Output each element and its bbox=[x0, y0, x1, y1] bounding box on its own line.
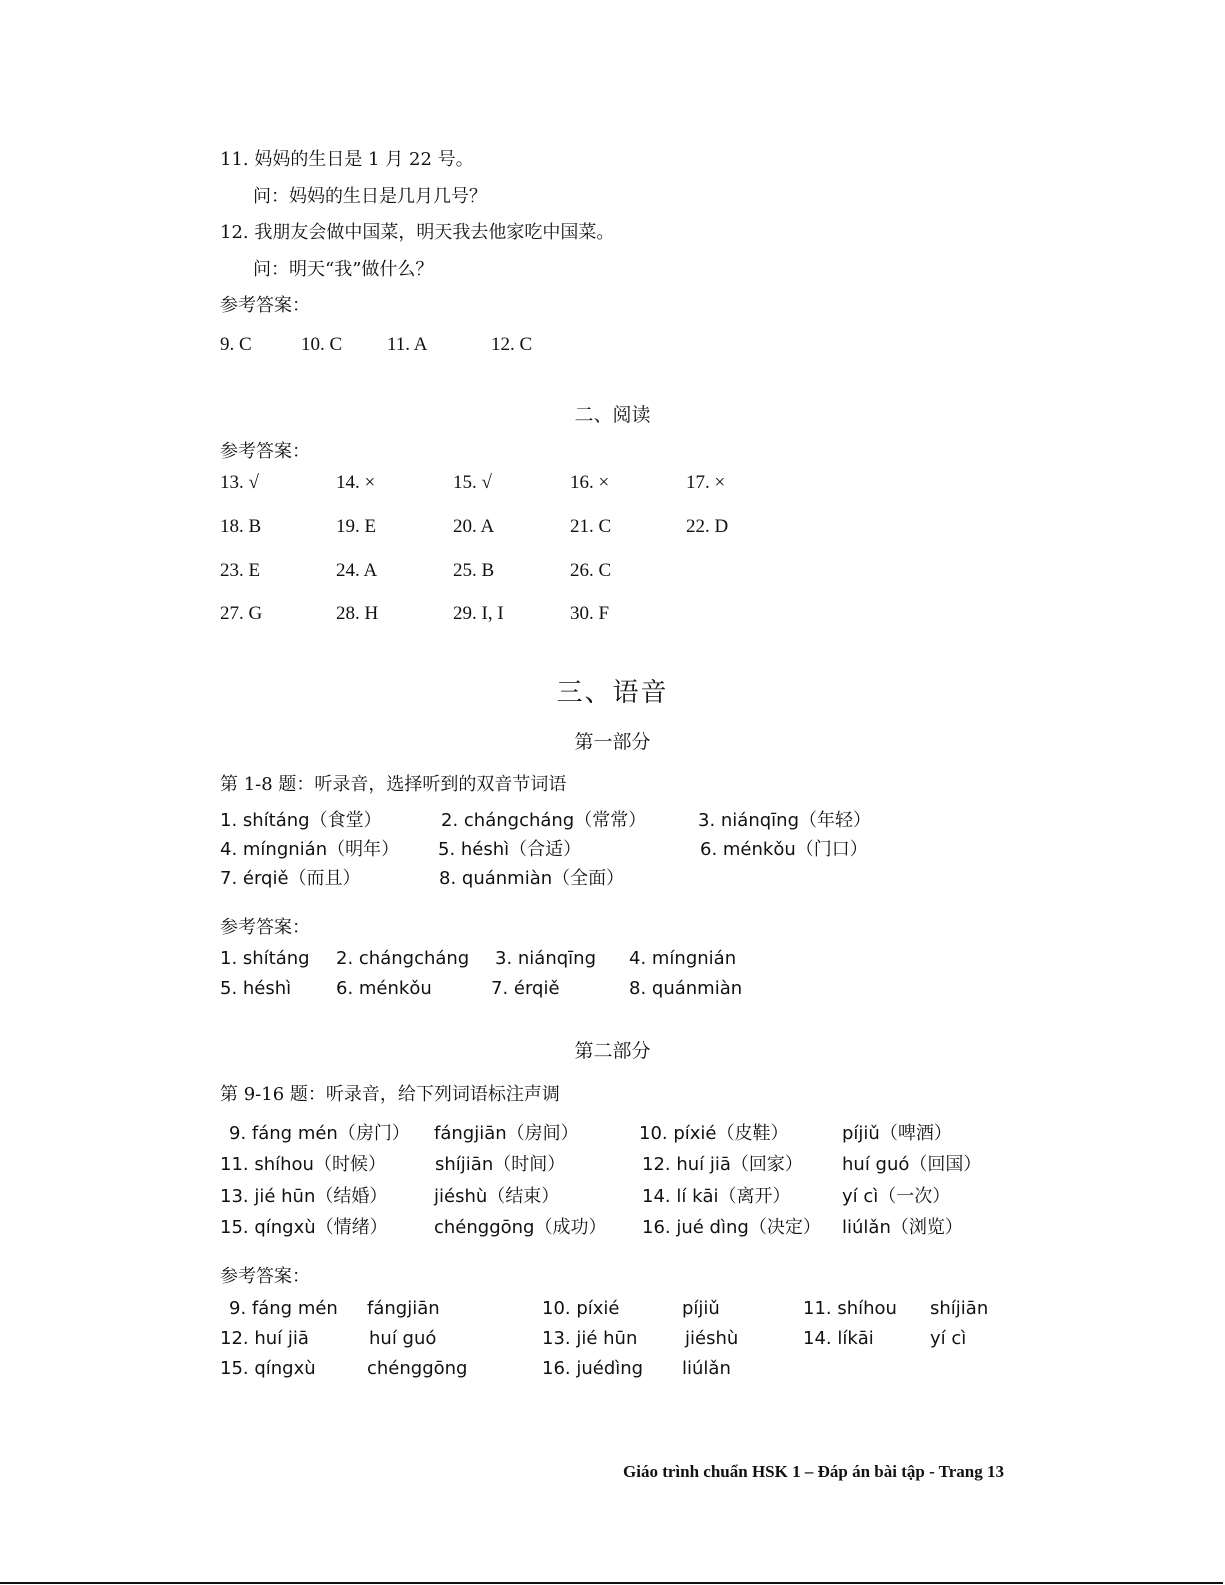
word-item: píjiǔ（啤酒） bbox=[842, 1119, 952, 1145]
answer-item: shíjiān bbox=[930, 1298, 988, 1319]
word-item: 13. jié hūn（结婚） bbox=[220, 1182, 387, 1208]
part2-instruction: 第 9-16 题：听录音，给下列词语标注声调 bbox=[220, 1080, 560, 1106]
answer-item: 15. √ bbox=[453, 472, 492, 494]
word-item: 1. shítáng（食堂） bbox=[220, 806, 382, 832]
section-title-phonetics: 三、语音 bbox=[0, 672, 1225, 709]
question-text: 妈妈的生日是 1 月 22 号。 bbox=[254, 149, 473, 170]
question-12: 12. 我朋友会做中国菜，明天我去他家吃中国菜。 bbox=[220, 218, 614, 244]
answer-item: 9. fáng mén bbox=[229, 1298, 338, 1319]
answer-item: 17. × bbox=[686, 472, 725, 494]
word-item: huí guó（回国） bbox=[842, 1150, 981, 1176]
answer-item: 13. √ bbox=[220, 472, 259, 494]
question-number: 12. bbox=[220, 222, 249, 243]
part-title-2: 第二部分 bbox=[0, 1036, 1225, 1063]
answer-label: 参考答案： bbox=[220, 913, 310, 939]
word-item: yí cì（一次） bbox=[842, 1182, 950, 1208]
answer-item: 16. juédìng bbox=[542, 1358, 643, 1379]
answer-item: 22. D bbox=[686, 516, 728, 538]
word-item: 15. qíngxù（情绪） bbox=[220, 1213, 388, 1239]
answer-item: 25. B bbox=[453, 560, 494, 582]
part-title-1: 第一部分 bbox=[0, 727, 1225, 754]
question-text: 我朋友会做中国菜，明天我去他家吃中国菜。 bbox=[254, 222, 614, 243]
word-item: liúlǎn（浏览） bbox=[842, 1213, 963, 1239]
answer-item: 15. qíngxù bbox=[220, 1358, 316, 1379]
answer-item: 16. × bbox=[570, 472, 609, 494]
answer-item: 28. H bbox=[336, 603, 378, 625]
answer-item: 5. héshì bbox=[220, 978, 291, 999]
answer-item: 2. chángcháng bbox=[336, 948, 469, 969]
word-item: 11. shíhou（时候） bbox=[220, 1150, 386, 1176]
answer-item: 4. míngnián bbox=[629, 948, 736, 969]
answer-item: 11. shíhou bbox=[803, 1298, 897, 1319]
question-number: 11. bbox=[220, 149, 249, 170]
word-item: 12. huí jiā（回家） bbox=[642, 1150, 803, 1176]
question-11: 11. 妈妈的生日是 1 月 22 号。 bbox=[220, 145, 474, 171]
answer-item: 26. C bbox=[570, 560, 611, 582]
answer-item: 24. A bbox=[336, 560, 377, 582]
answer-item: 11. A bbox=[387, 334, 427, 356]
answer-label: 参考答案： bbox=[220, 437, 310, 463]
question-12-ask: 问：明天“我”做什么？ bbox=[253, 255, 433, 281]
word-item: jiéshù（结束） bbox=[434, 1182, 559, 1208]
word-item: 5. héshì（合适） bbox=[438, 835, 581, 861]
part1-instruction: 第 1-8 题：听录音，选择听到的双音节词语 bbox=[220, 770, 566, 796]
answer-item: 14. × bbox=[336, 472, 375, 494]
answer-item: 12. C bbox=[491, 334, 532, 356]
answer-item: huí guó bbox=[369, 1328, 436, 1349]
answer-item: 10. píxié bbox=[542, 1298, 620, 1319]
section-title-reading: 二、阅读 bbox=[0, 400, 1225, 427]
page-bottom-border bbox=[0, 1582, 1223, 1584]
word-item: shíjiān（时间） bbox=[435, 1150, 565, 1176]
answer-item: 21. C bbox=[570, 516, 611, 538]
answer-item: 14. líkāi bbox=[803, 1328, 874, 1349]
answer-item: 10. C bbox=[301, 334, 342, 356]
answer-item: píjiǔ bbox=[682, 1298, 720, 1319]
answer-item: liúlǎn bbox=[682, 1358, 731, 1379]
answer-item: 13. jié hūn bbox=[542, 1328, 637, 1349]
answer-item: 30. F bbox=[570, 603, 609, 625]
answer-item: 29. I, I bbox=[453, 603, 504, 625]
answer-item: chénggōng bbox=[367, 1358, 468, 1379]
answer-item: 18. B bbox=[220, 516, 261, 538]
answer-item: yí cì bbox=[930, 1328, 966, 1349]
answer-label: 参考答案： bbox=[220, 1262, 310, 1288]
word-item: 14. lí kāi（离开） bbox=[642, 1182, 791, 1208]
word-item: chénggōng（成功） bbox=[434, 1213, 607, 1239]
answer-item: 23. E bbox=[220, 560, 260, 582]
word-item: 7. érqiě（而且） bbox=[220, 864, 361, 890]
word-item: 10. píxié（皮鞋） bbox=[639, 1119, 789, 1145]
answer-item: 27. G bbox=[220, 603, 262, 625]
answer-item: 1. shítáng bbox=[220, 948, 310, 969]
answer-item: 9. C bbox=[220, 334, 252, 356]
word-item: 16. jué dìng（决定） bbox=[642, 1213, 821, 1239]
answer-item: 8. quánmiàn bbox=[629, 978, 742, 999]
answer-item: 6. ménkǒu bbox=[336, 978, 432, 999]
word-item: 4. míngnián（明年） bbox=[220, 835, 399, 861]
answer-item: jiéshù bbox=[685, 1328, 738, 1349]
answer-item: fángjiān bbox=[367, 1298, 440, 1319]
answer-item: 12. huí jiā bbox=[220, 1328, 309, 1349]
answer-label: 参考答案： bbox=[220, 291, 310, 317]
document-page: 11. 妈妈的生日是 1 月 22 号。 问：妈妈的生日是几月几号？ 12. 我… bbox=[0, 0, 1225, 1585]
answer-item: 7. érqiě bbox=[491, 978, 560, 999]
answer-item: 3. niánqīng bbox=[495, 948, 596, 969]
word-item: 9. fáng mén（房门） bbox=[229, 1119, 410, 1145]
answer-item: 19. E bbox=[336, 516, 376, 538]
word-item: 8. quánmiàn（全面） bbox=[439, 864, 624, 890]
answer-item: 20. A bbox=[453, 516, 494, 538]
word-item: 3. niánqīng（年轻） bbox=[698, 806, 871, 832]
word-item: 6. ménkǒu（门口） bbox=[700, 835, 868, 861]
question-11-ask: 问：妈妈的生日是几月几号？ bbox=[253, 182, 487, 208]
word-item: fángjiān（房间） bbox=[434, 1119, 579, 1145]
page-footer: Giáo trình chuẩn HSK 1 – Đáp án bài tập … bbox=[623, 1462, 1004, 1482]
word-item: 2. chángcháng（常常） bbox=[441, 806, 646, 832]
